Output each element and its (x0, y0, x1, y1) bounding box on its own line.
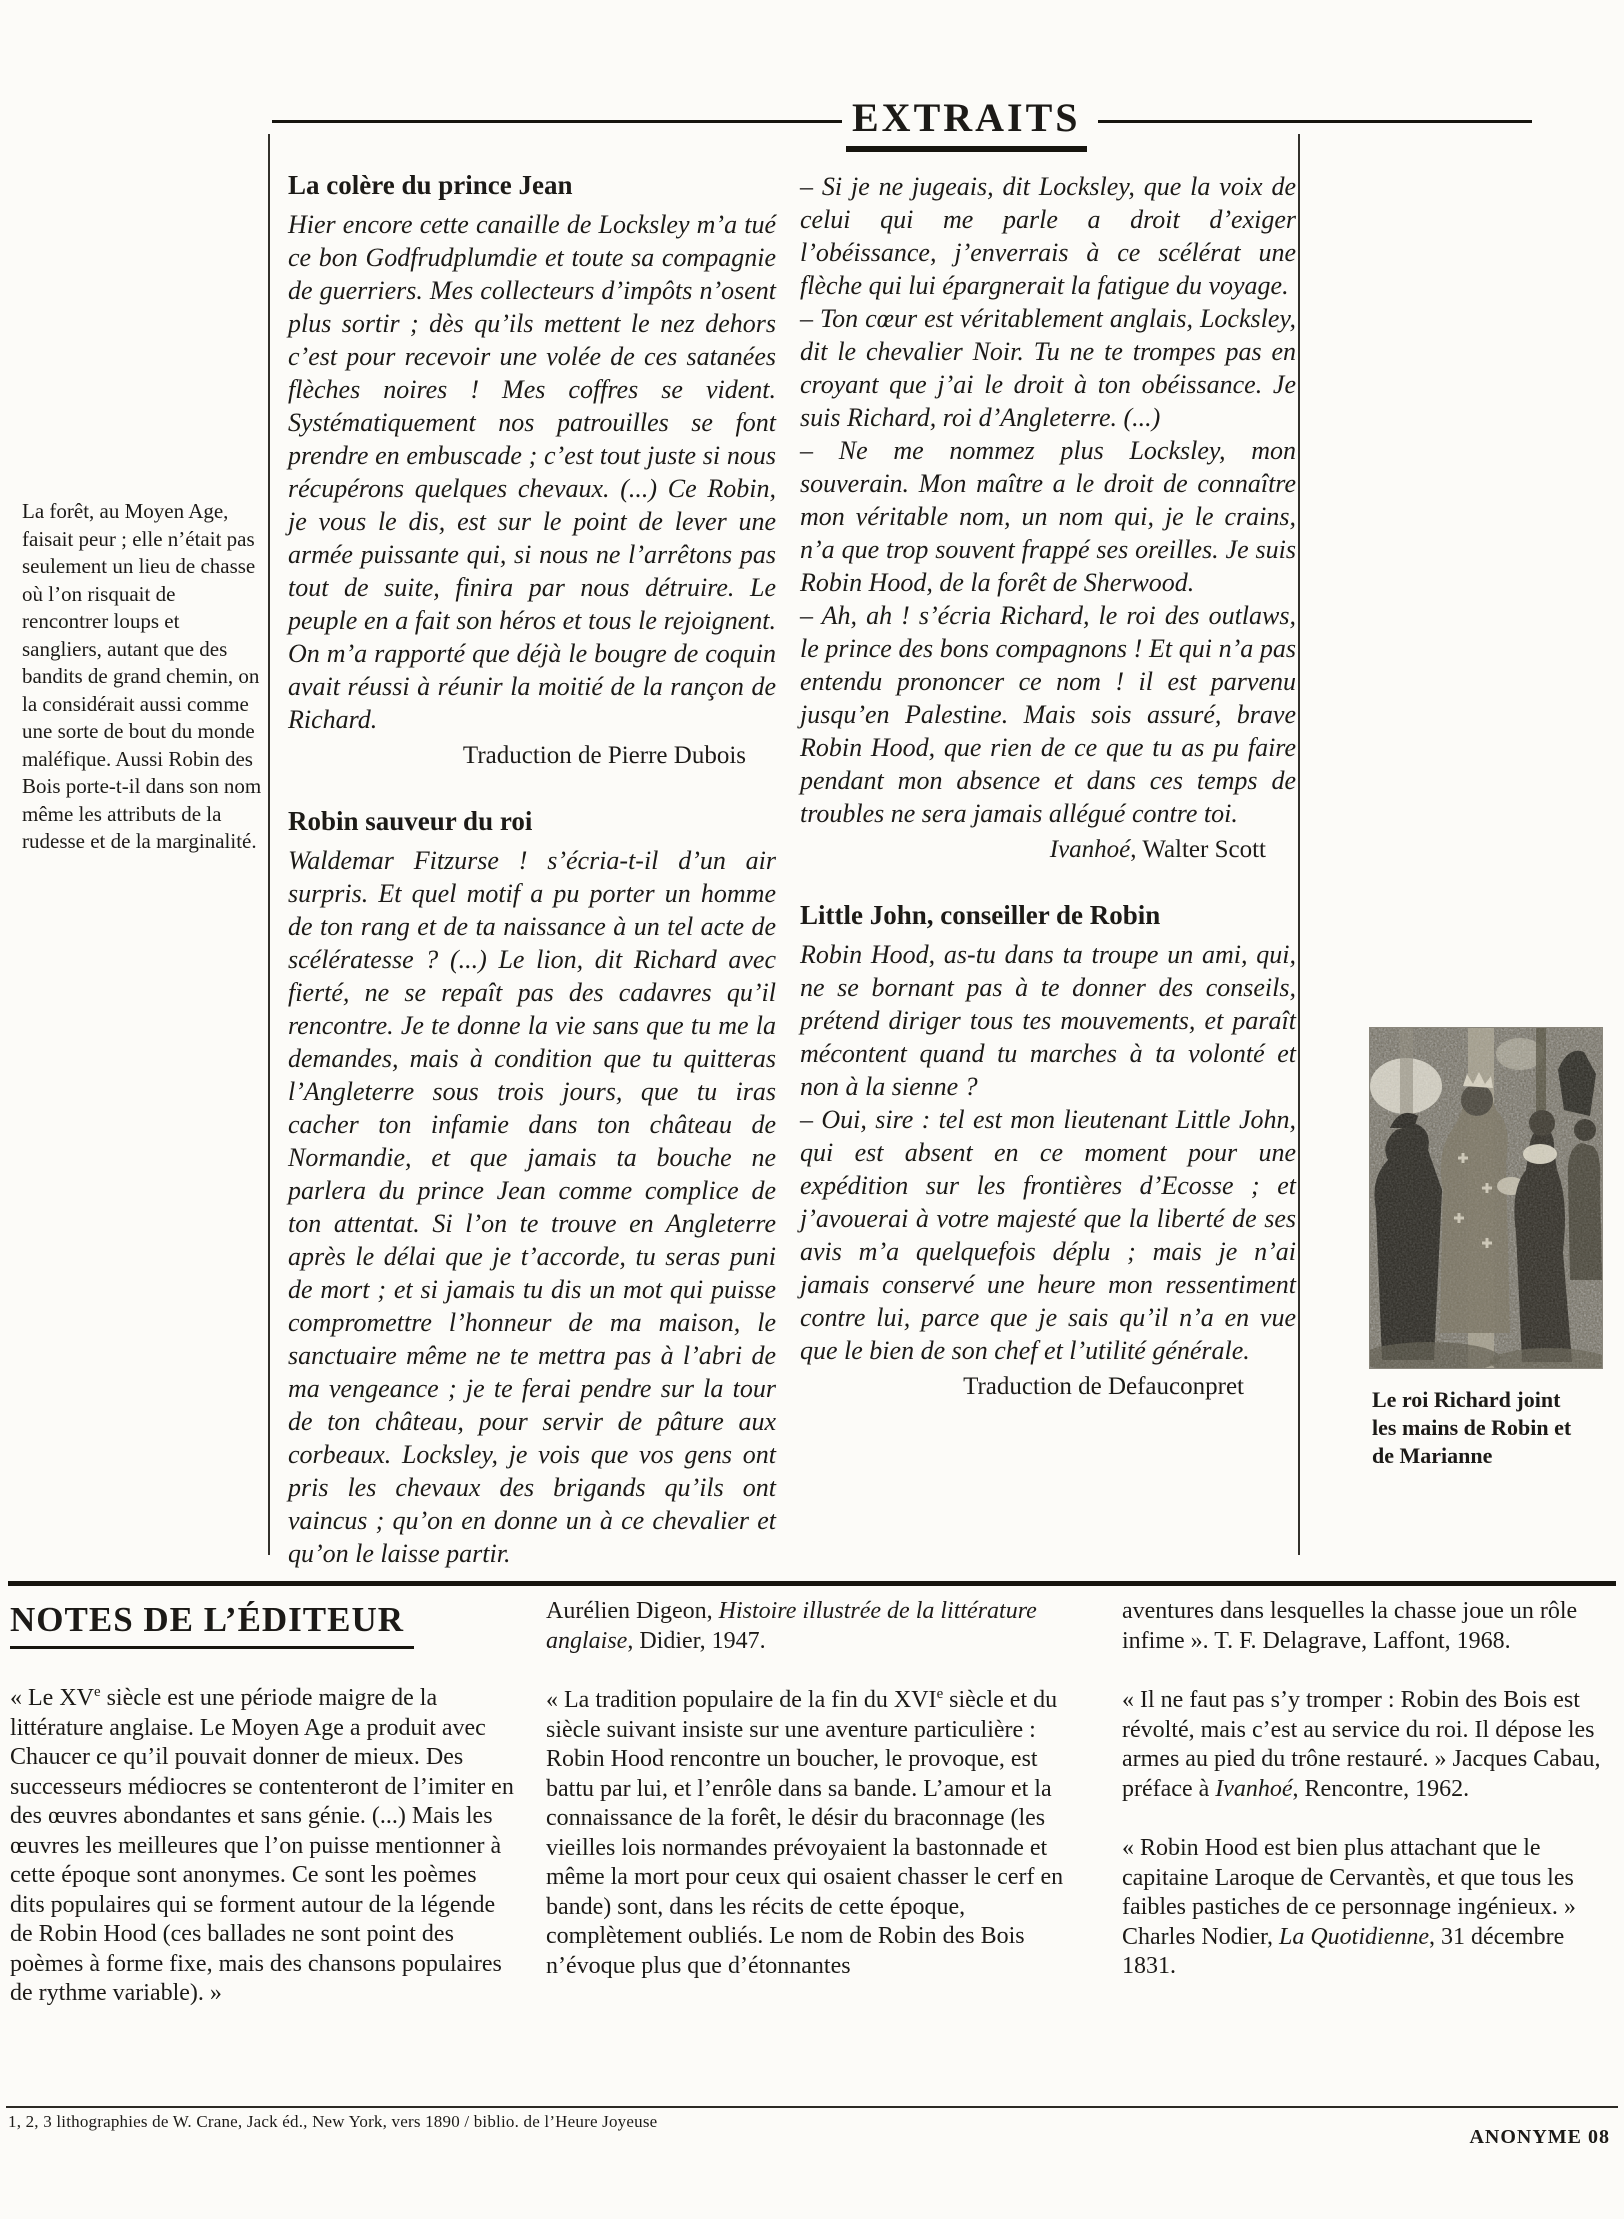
notes-heading: NOTES DE L’ÉDITEUR (10, 1600, 414, 1649)
extract1-body: Hier encore cette canaille de Locksley m… (288, 208, 776, 736)
extracts-left-rule (268, 134, 270, 1555)
note-digeon-source: Aurélien Digeon, Histoire illustrée de l… (546, 1597, 1074, 1656)
lithograph-illustration (1370, 1028, 1602, 1368)
footer-page-id: ANONYME 08 (1469, 2126, 1610, 2149)
extract2-body-col1: Waldemar Fitzurse ! s’écria-t-il d’un ai… (288, 844, 776, 1570)
extracts-column-1: La colère du prince Jean Hier encore cet… (288, 170, 776, 1570)
footer-rule (6, 2106, 1618, 2108)
robin-hood-lithograph (1370, 1028, 1602, 1368)
page-title: EXTRAITS (846, 94, 1087, 152)
footer-credit: 1, 2, 3 lithographies de W. Crane, Jack … (8, 2112, 657, 2132)
margin-note: La forêt, au Moyen Age, faisait peur ; e… (22, 498, 264, 856)
notes-column-3: aventures dans lesquelles la chasse joue… (1122, 1597, 1620, 2012)
title-rule-right (1098, 120, 1532, 123)
note-cabau-quote: « Il ne faut pas s’y tromper : Robin des… (1122, 1686, 1620, 1804)
extract3-para-1: Robin Hood, as-tu dans ta troupe un ami,… (800, 938, 1296, 1103)
extract1-attribution: Traduction de Pierre Dubois (288, 742, 776, 770)
note-delagrave-quote: « La tradition populaire de la fin du XV… (546, 1686, 1074, 1981)
document-page: EXTRAITS La forêt, au Moyen Age, faisait… (0, 0, 1624, 2219)
extract3-heading: Little John, conseiller de Robin (800, 900, 1296, 931)
title-rule-left (272, 120, 842, 123)
extract2-heading: Robin sauveur du roi (288, 806, 776, 837)
figure-caption: Le roi Richard joint les mains de Robin … (1372, 1386, 1572, 1470)
extract2-para-2: – Ton cœur est véritablement anglais, Lo… (800, 302, 1296, 434)
extract2-para-4: – Ah, ah ! s’écria Richard, le roi des o… (800, 599, 1296, 830)
notes-divider-rule (8, 1581, 1616, 1586)
extracts-column-2: – Si je ne jugeais, dit Locksley, que la… (800, 170, 1296, 1401)
notes-column-2: Aurélien Digeon, Histoire illustrée de l… (546, 1597, 1074, 2011)
note-nodier-quote: « Robin Hood est bien plus attachant que… (1122, 1834, 1620, 1982)
note-digeon-quote: « Le XVe siècle est une période maigre d… (10, 1684, 515, 2009)
extract1-heading: La colère du prince Jean (288, 170, 776, 201)
extract2-attribution: Ivanhoé, Walter Scott (800, 836, 1296, 864)
notes-column-1: « Le XVe siècle est une période maigre d… (10, 1684, 515, 2039)
extracts-right-rule (1298, 134, 1300, 1555)
extract2-para-1: – Si je ne jugeais, dit Locksley, que la… (800, 170, 1296, 302)
extract2-para-3: – Ne me nommez plus Locksley, mon souver… (800, 434, 1296, 599)
note-delagrave-source: aventures dans lesquelles la chasse joue… (1122, 1597, 1620, 1656)
extract3-para-2: – Oui, sire : tel est mon lieutenant Lit… (800, 1103, 1296, 1367)
extract3-attribution: Traduction de Defauconpret (800, 1373, 1296, 1401)
